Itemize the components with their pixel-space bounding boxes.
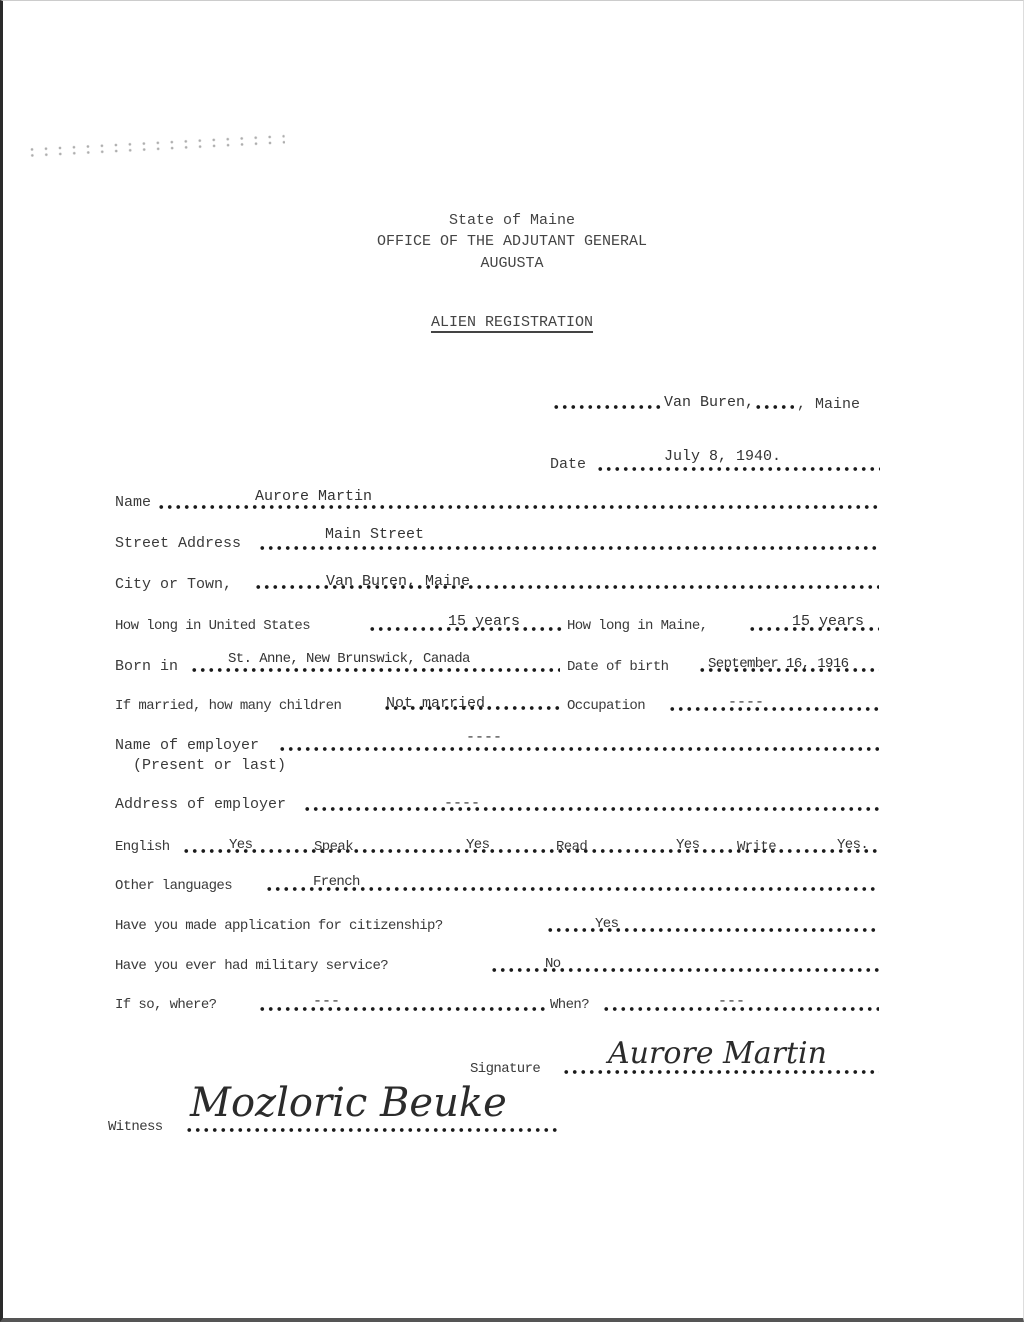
location-state: , Maine (797, 396, 860, 414)
military-value: No (545, 955, 561, 973)
born-in-label: Born in (115, 658, 178, 676)
header-state: State of Maine (0, 212, 1024, 230)
dob-value: September 16, 1916 (708, 655, 848, 673)
signature-handwriting: Aurore Martin (608, 1036, 827, 1071)
english-value: Yes (229, 836, 252, 854)
english-label: English (115, 838, 170, 856)
employer-address-label: Address of employer (115, 796, 286, 814)
speak-value: Yes (466, 836, 489, 854)
other-languages-value: French (313, 873, 360, 891)
write-label: Write (737, 838, 776, 856)
how-long-maine-label: How long in Maine, (567, 617, 707, 635)
date-dots (596, 466, 880, 472)
witness-dots (185, 1127, 560, 1133)
how-long-us-label: How long in United States (115, 617, 310, 635)
witness-handwriting: Mozloric Beuke (190, 1080, 507, 1126)
where-value: --- (313, 993, 340, 1011)
occupation-label: Occupation (567, 697, 645, 715)
how-long-maine-value: 15 years (792, 613, 864, 631)
name-value: Aurore Martin (255, 488, 372, 506)
citizenship-label: Have you made application for citizenshi… (115, 917, 443, 935)
children-value: Not married (386, 695, 485, 713)
dob-label: Date of birth (567, 658, 668, 676)
date-value: July 8, 1940. (664, 448, 781, 466)
witness-label: Witness (108, 1118, 163, 1136)
employer-name-value: ---- (466, 729, 502, 747)
citizenship-value: Yes (595, 915, 618, 933)
how-long-us-value: 15 years (448, 613, 520, 631)
city-label: City or Town, (115, 576, 232, 594)
when-value: --- (718, 993, 745, 1011)
employer-name-label: Name of employer (115, 737, 259, 755)
other-languages-label: Other languages (115, 877, 232, 895)
date-label: Date (550, 456, 586, 474)
name-label: Name (115, 494, 151, 512)
write-value: Yes. (837, 836, 868, 854)
signature-label: Signature (470, 1060, 540, 1078)
street-dots (258, 545, 879, 551)
city-value: Van Buren, Maine (326, 573, 470, 591)
header-office: OFFICE OF THE ADJUTANT GENERAL (0, 233, 1024, 251)
employer-address-value: ---- (444, 795, 480, 813)
occupation-value: ---- (728, 694, 764, 712)
employer-name-dots (278, 746, 879, 752)
location-dots (552, 404, 662, 410)
employer-sublabel: (Present or last) (133, 757, 286, 775)
street-value: Main Street (325, 526, 424, 544)
military-label: Have you ever had military service? (115, 957, 388, 975)
children-label: If married, how many children (115, 697, 341, 715)
speak-label: Speak (314, 838, 353, 856)
read-value: Yes (676, 836, 699, 854)
when-label: When? (550, 996, 589, 1014)
occupation-dots (668, 706, 879, 712)
location-town: Van Buren, (664, 394, 754, 412)
born-in-value: St. Anne, New Brunswick, Canada (228, 650, 470, 668)
location-dots-2 (754, 404, 794, 410)
read-label: Read (556, 838, 587, 856)
where-dots (258, 1006, 548, 1012)
form-title: ALIEN REGISTRATION (0, 314, 1024, 332)
where-label: If so, where? (115, 996, 216, 1014)
street-label: Street Address (115, 535, 241, 553)
header-city: AUGUSTA (0, 255, 1024, 273)
employer-address-dots (303, 806, 879, 812)
